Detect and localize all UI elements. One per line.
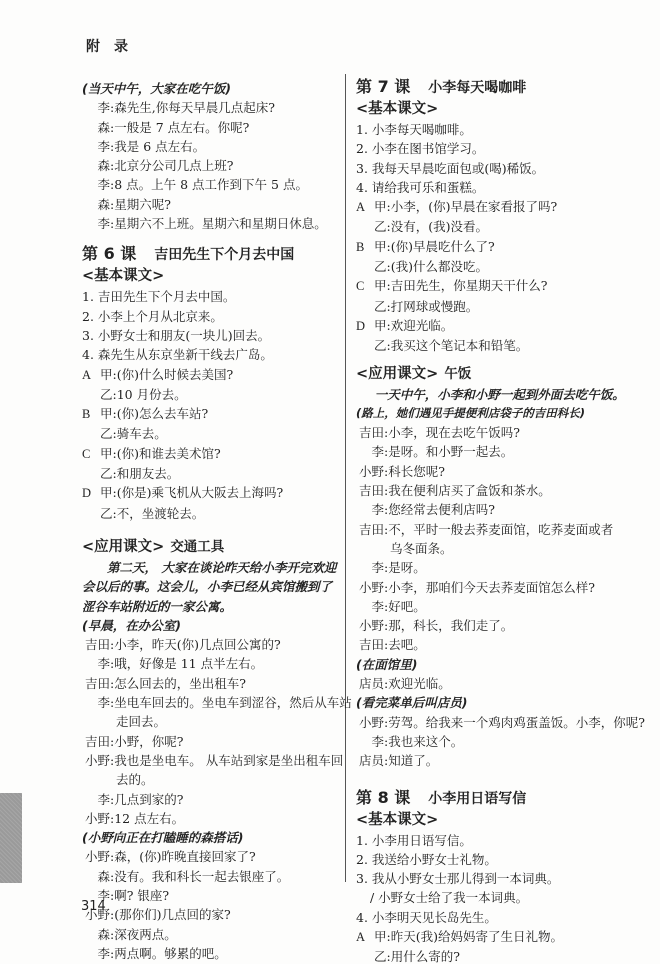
speaker-name: 吉田 [356, 423, 384, 442]
dialog-text: 两点啊。够累的吧。 [114, 946, 227, 961]
exchange-line-jia: C甲:吉田先生，你星期天干什么? [356, 276, 636, 296]
exchange-text: 甲:小李，(你)早晨在家看报了吗? [374, 199, 557, 214]
dialog-line: 吉田:小李，昨天(你)几点回公寓的? [82, 635, 340, 654]
dialog-text: 几点到家的? [114, 792, 183, 807]
exchange-label: C [82, 445, 100, 464]
sentence: / 小野女士给了我一本词典。 [356, 888, 636, 907]
narration: 一天中午，小李和小野一起到外面去吃午饭。 [356, 385, 636, 404]
basic-heading-label: <基本课文> [356, 101, 438, 117]
scene-direction: (早晨，在办公室) [82, 616, 340, 635]
dialog-line: 吉田:我在便利店买了盒饭和茶水。 [356, 481, 636, 500]
dialog-text: 好吧。 [388, 599, 426, 614]
speaker-name: 李 [82, 214, 110, 233]
dialog-line: 小野:我也是坐电车。 从车站到家是坐出租车回 [82, 751, 340, 770]
right-column: 第 7 课小李每天喝咖啡 <基本课文> 1. 小李每天喝咖啡。2. 小李在图书馆… [356, 76, 636, 964]
spacer [356, 356, 636, 364]
dialog-line: 李:坐电车回去的。坐电车到涩谷，然后从车站 [82, 693, 340, 712]
speaker-name: 森 [82, 118, 110, 137]
speaker-name: 吉田 [356, 635, 384, 654]
dialog-text: 小李，昨天(你)几点回公寓的? [114, 637, 280, 652]
speaker-name: 店员 [356, 751, 384, 770]
exchange-line-yi: 乙:用什么寄的? [356, 947, 636, 964]
exchange-label: A [82, 366, 100, 385]
dialog-line: 李:哦，好像是 11 点半左右。 [82, 654, 340, 673]
dialog-continuation: 去的。 [82, 770, 340, 789]
basic-text-heading: <基本课文> [356, 99, 636, 120]
dialog-line: 小野:(那你们)几点回的家? [82, 905, 340, 924]
section-thumb-tab [0, 793, 22, 883]
exchange-line-jia: C甲:(你)和谁去美术馆? [82, 444, 340, 464]
lesson-8-heading: 第 8 课小李用日语写信 [356, 787, 636, 810]
applied-text-heading: <应用课文>交通工具 [82, 537, 340, 558]
exchange-line-yi: 乙:骑车去。 [82, 424, 340, 443]
dialog-text: 是呀。和小野一起去。 [388, 444, 513, 459]
dialog-text: 啊? 银座? [114, 888, 169, 903]
dialog-text: 去吧。 [388, 637, 426, 652]
lesson-title: 吉田先生下个月去中国 [154, 247, 294, 263]
dialog-text: 一般是 7 点左右。你呢? [114, 120, 249, 135]
dialog-line: 店员:欢迎光临。 [356, 674, 636, 693]
basic-exchanges: A甲:昨天(我)给妈妈寄了生日礼物。乙:用什么寄的? [356, 927, 636, 964]
exchange-line-yi: 乙:10 月份去。 [82, 385, 340, 404]
dialog-text: 我也是坐电车。 从车站到家是坐出租车回 [114, 753, 343, 768]
speaker-name: 森 [82, 156, 110, 175]
exchange-line-jia: D甲:欢迎光临。 [356, 316, 636, 336]
dialog-continuation: 乌冬面条。 [356, 539, 636, 558]
dialog: 店员:欢迎光临。 [356, 674, 636, 693]
basic-sentences: 1. 小李用日语写信。2. 我送给小野女士礼物。3. 我从小野女士那儿得到一本词… [356, 831, 636, 927]
speaker-name: 李 [82, 175, 110, 194]
dialog-text: 欢迎光临。 [388, 676, 451, 691]
page-number: 314 [81, 899, 106, 914]
dialog-text: (那你们)几点回的家? [114, 907, 230, 922]
exchange-line-jia: A甲:昨天(我)给妈妈寄了生日礼物。 [356, 927, 636, 947]
speaker-name: 小野 [82, 847, 110, 866]
speaker-name: 吉田 [82, 674, 110, 693]
speaker-name: 吉田 [82, 732, 110, 751]
dialog-line: 李:好吧。 [356, 597, 636, 616]
scene-direction: (看完菜单后叫店员) [356, 693, 636, 712]
intro-dialog: 李:森先生,你每天早晨几点起床?森:一般是 7 点左右。你呢?李:我是 6 点左… [82, 98, 340, 233]
dialog-text: 小野，你呢? [114, 734, 183, 749]
scene-direction: (当天中午，大家在吃午饭) [82, 79, 340, 98]
spacer [82, 523, 340, 537]
basic-sentences: 1. 小李每天喝咖啡。2. 小李在图书馆学习。3. 我每天早晨吃面包或(喝)稀饭… [356, 120, 636, 197]
dialog-line: 李:两点啊。够累的吧。 [82, 944, 340, 963]
dialog-text: 星期六不上班。星期六和星期日休息。 [114, 216, 327, 231]
exchange-text: 甲:昨天(我)给妈妈寄了生日礼物。 [374, 929, 563, 944]
scene-direction: (小野向正在打瞌睡的森搭话) [82, 828, 340, 847]
speaker-name: 森 [82, 195, 110, 214]
speaker-name: 吉田 [82, 635, 110, 654]
exchange-line-yi: 乙:不，坐渡轮去。 [82, 504, 340, 523]
sentence: 3. 我从小野女士那儿得到一本词典。 [356, 869, 636, 888]
exchange-label: D [356, 317, 374, 336]
speaker-name: 森 [82, 925, 110, 944]
dialog-text: 怎么回去的，坐出租车? [114, 676, 246, 691]
sentence: 1. 小李用日语写信。 [356, 831, 636, 850]
sentence: 4. 森先生从东京坐新干线去广岛。 [82, 345, 340, 364]
applied-heading-label: <应用课文> [356, 366, 438, 382]
narration: 第二天， 大家在谈论昨天给小李开完欢迎会以后的事。这会儿，小李已经从宾馆搬到了涩… [82, 558, 340, 616]
exchange-line-jia: D甲:(你是)乘飞机从大阪去上海吗? [82, 483, 340, 503]
dialog-line: 李:是呀。 [356, 558, 636, 577]
dialog-text: 12 点左右。 [114, 811, 184, 826]
speaker-name: 李 [82, 693, 110, 712]
dialog-text: 是呀。 [388, 560, 426, 575]
applied-title: 交通工具 [170, 539, 224, 555]
dialog-line: 吉田:小李，现在去吃午饭吗? [356, 423, 636, 442]
dialog-line: 李:您经常去便利店吗? [356, 500, 636, 519]
dialog-text: 哦，好像是 11 点半左右。 [114, 656, 263, 671]
dialog-line: 李:啊? 银座? [82, 886, 340, 905]
exchange-line-jia: B甲:(你)怎么去车站? [82, 404, 340, 424]
exchange-label: B [82, 405, 100, 424]
dialog-text: 那，科长，我们走了。 [388, 618, 513, 633]
dialog-text: 小李，那咱们今天去荞麦面馆怎么样? [388, 580, 595, 595]
lesson-number: 第 6 课 [82, 244, 136, 263]
dialog-text: 我是 6 点左右。 [114, 139, 205, 154]
dialog: 吉田:小李，现在去吃午饭吗?李:是呀。和小野一起去。小野:科长您呢?吉田:我在便… [356, 423, 636, 655]
dialog: 吉田:小李，昨天(你)几点回公寓的?李:哦，好像是 11 点半左右。吉田:怎么回… [82, 635, 340, 828]
dialog-continuation: 走回去。 [82, 712, 340, 731]
applied-title: 午饭 [444, 366, 471, 382]
dialog-line: 森:没有。我和科长一起去银座了。 [82, 867, 340, 886]
dialog-text: 森，(你)昨晚直接回家了? [114, 849, 255, 864]
exchange-line-jia: A甲:小李，(你)早晨在家看报了吗? [356, 197, 636, 217]
exchange-line-yi: 乙:(我)什么都没吃。 [356, 257, 636, 276]
speaker-name: 小野 [356, 462, 384, 481]
sentence: 2. 小李上个月从北京来。 [82, 307, 340, 326]
applied-heading-label: <应用课文> [82, 539, 164, 555]
dialog-text: 星期六呢? [114, 197, 171, 212]
basic-text-heading: <基本课文> [82, 266, 340, 287]
exchange-text: 甲:(你是)乘飞机从大阪去上海吗? [100, 485, 283, 500]
dialog-line: 小野:12 点左右。 [82, 809, 340, 828]
exchange-text: 甲:(你)和谁去美术馆? [100, 446, 221, 461]
exchange-text: 甲:吉田先生，你星期天干什么? [374, 278, 547, 293]
exchange-label: A [356, 198, 374, 217]
basic-heading-label: <基本课文> [356, 812, 438, 828]
applied-text-heading: <应用课文>午饭 [356, 364, 636, 385]
dialog: 小野:劳驾。给我来一个鸡肉鸡蛋盖饭。小李，你呢?李:我也来这个。店员:知道了。 [356, 713, 636, 771]
speaker-name: 李 [356, 597, 384, 616]
basic-exchanges: A甲:小李，(你)早晨在家看报了吗?乙:没有，(我)没看。B甲:(你)早晨吃什么… [356, 197, 636, 355]
dialog-line: 李:8 点。上午 8 点工作到下午 5 点。 [82, 175, 340, 194]
dialog-text: 劳驾。给我来一个鸡肉鸡蛋盖饭。小李，你呢? [388, 715, 645, 730]
dialog-line: 吉田:怎么回去的，坐出租车? [82, 674, 340, 693]
sentence: 2. 小李在图书馆学习。 [356, 139, 636, 158]
sentence: 4. 小李明天见长岛先生。 [356, 908, 636, 927]
dialog-text: 不，平时一般去荞麦面馆，吃荞麦面或者 [388, 522, 613, 537]
lesson-title: 小李每天喝咖啡 [428, 80, 526, 96]
speaker-name: 李 [82, 137, 110, 156]
dialog-text: 您经常去便利店吗? [388, 502, 495, 517]
lesson-number: 第 8 课 [356, 788, 410, 807]
lesson-7-heading: 第 7 课小李每天喝咖啡 [356, 76, 636, 99]
sentence: 3. 我每天早晨吃面包或(喝)稀饭。 [356, 159, 636, 178]
speaker-name: 小野 [82, 751, 110, 770]
sentence: 1. 吉田先生下个月去中国。 [82, 287, 340, 306]
dialog-line: 吉田:不，平时一般去荞麦面馆，吃荞麦面或者 [356, 520, 636, 539]
dialog-text: 深夜两点。 [114, 927, 177, 942]
running-header: 附录 [86, 36, 142, 56]
left-column: (当天中午，大家在吃午饭) 李:森先生,你每天早晨几点起床?森:一般是 7 点左… [82, 79, 340, 963]
exchange-label: B [356, 238, 374, 257]
dialog-text: 坐电车回去的。坐电车到涩谷，然后从车站 [114, 695, 352, 710]
dialog-line: 小野:科长您呢? [356, 462, 636, 481]
dialog-line: 李:是呀。和小野一起去。 [356, 442, 636, 461]
dialog-text: 北京分公司几点上班? [114, 158, 233, 173]
dialog-text: 我也来这个。 [388, 734, 463, 749]
exchange-line-yi: 乙:打网球或慢跑。 [356, 297, 636, 316]
dialog-line: 吉田:去吧。 [356, 635, 636, 654]
speaker-name: 吉田 [356, 481, 384, 500]
exchange-line-jia: A甲:(你)什么时候去美国? [82, 365, 340, 385]
speaker-name: 吉田 [356, 520, 384, 539]
exchange-label: D [82, 484, 100, 503]
sentence: 2. 我送给小野女士礼物。 [356, 850, 636, 869]
speaker-name: 李 [82, 98, 110, 117]
dialog-line: 森:北京分公司几点上班? [82, 156, 340, 175]
dialog-text: 8 点。上午 8 点工作到下午 5 点。 [114, 177, 308, 192]
dialog-text: 我在便利店买了盒饭和茶水。 [388, 483, 551, 498]
exchange-label: A [356, 928, 374, 947]
dialog-line: 森:深夜两点。 [82, 925, 340, 944]
exchange-label: C [356, 277, 374, 296]
speaker-name: 小野 [356, 713, 384, 732]
dialog-line: 小野:森，(你)昨晚直接回家了? [82, 847, 340, 866]
exchange-line-jia: B甲:(你)早晨吃什么了? [356, 237, 636, 257]
exchange-line-yi: 乙:没有，(我)没看。 [356, 217, 636, 236]
dialog-line: 李:几点到家的? [82, 790, 340, 809]
dialog-line: 李:森先生,你每天早晨几点起床? [82, 98, 340, 117]
dialog-line: 店员:知道了。 [356, 751, 636, 770]
basic-text-heading: <基本课文> [356, 810, 636, 831]
sentence: 1. 小李每天喝咖啡。 [356, 120, 636, 139]
exchange-line-yi: 乙:和朋友去。 [82, 464, 340, 483]
basic-sentences: 1. 吉田先生下个月去中国。2. 小李上个月从北京来。3. 小野女士和朋友(一块… [82, 287, 340, 364]
lesson-title: 小李用日语写信 [428, 791, 526, 807]
dialog-text: 没有。我和科长一起去银座了。 [114, 869, 289, 884]
speaker-name: 小野 [356, 616, 384, 635]
exchange-text: 甲:(你)怎么去车站? [100, 406, 208, 421]
speaker-name: 小野 [356, 578, 384, 597]
exchange-line-yi: 乙:我买这个笔记本和铅笔。 [356, 336, 636, 355]
lesson-number: 第 7 课 [356, 77, 410, 96]
column-divider [345, 74, 346, 882]
scene-direction: (在面馆里) [356, 655, 636, 674]
sentence: 3. 小野女士和朋友(一块儿)回去。 [82, 326, 340, 345]
scene-direction: (路上，她们遇见手提便利店袋子的吉田科长) [356, 404, 636, 423]
exchange-text: 甲:(你)早晨吃什么了? [374, 239, 495, 254]
speaker-name: 李 [356, 732, 384, 751]
speaker-name: 李 [356, 558, 384, 577]
lesson-6-heading: 第 6 课吉田先生下个月去中国 [82, 243, 340, 266]
speaker-name: 小野 [82, 809, 110, 828]
speaker-name: 李 [82, 790, 110, 809]
dialog-line: 李:星期六不上班。星期六和星期日休息。 [82, 214, 340, 233]
sentence: 4. 请给我可乐和蛋糕。 [356, 178, 636, 197]
basic-exchanges: A甲:(你)什么时候去美国?乙:10 月份去。B甲:(你)怎么去车站?乙:骑车去… [82, 365, 340, 523]
dialog-text: 小李，现在去吃午饭吗? [388, 425, 520, 440]
dialog-line: 吉田:小野，你呢? [82, 732, 340, 751]
dialog-text: 森先生,你每天早晨几点起床? [114, 100, 275, 115]
basic-heading-label: <基本课文> [82, 268, 164, 284]
dialog-line: 小野:劳驾。给我来一个鸡肉鸡蛋盖饭。小李，你呢? [356, 713, 636, 732]
dialog-text: 知道了。 [388, 753, 438, 768]
exchange-text: 甲:欢迎光临。 [374, 318, 453, 333]
dialog-line: 小野:小李，那咱们今天去荞麦面馆怎么样? [356, 578, 636, 597]
dialog-line: 森:一般是 7 点左右。你呢? [82, 118, 340, 137]
dialog-line: 森:星期六呢? [82, 195, 340, 214]
speaker-name: 店员 [356, 674, 384, 693]
speaker-name: 李 [82, 944, 110, 963]
dialog-line: 小野:那，科长，我们走了。 [356, 616, 636, 635]
exchange-text: 甲:(你)什么时候去美国? [100, 367, 233, 382]
speaker-name: 森 [82, 867, 110, 886]
dialog-text: 科长您呢? [388, 464, 445, 479]
speaker-name: 李 [356, 500, 384, 519]
speaker-name: 李 [82, 654, 110, 673]
speaker-name: 李 [356, 442, 384, 461]
dialog-line: 李:我是 6 点左右。 [82, 137, 340, 156]
dialog: 小野:森，(你)昨晚直接回家了?森:没有。我和科长一起去银座了。李:啊? 银座?… [82, 847, 340, 963]
dialog-line: 李:我也来这个。 [356, 732, 636, 751]
